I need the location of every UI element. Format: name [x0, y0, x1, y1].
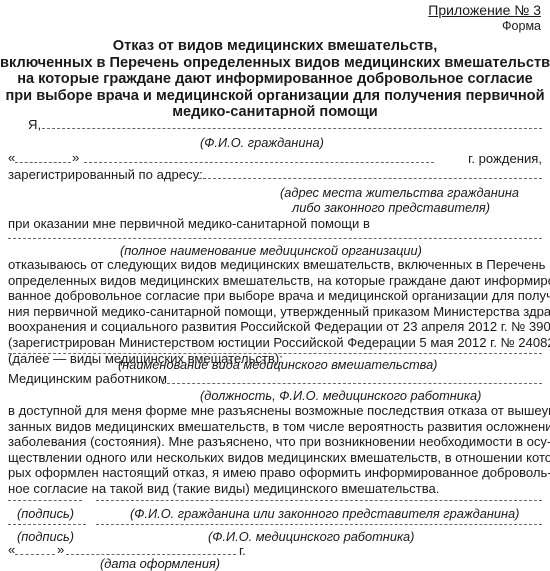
- birth-day-field[interactable]: [15, 162, 71, 163]
- date-month-year-field[interactable]: [66, 554, 236, 555]
- intervention-field[interactable]: [8, 353, 542, 354]
- organization-field[interactable]: [8, 238, 542, 239]
- paragraph-line: занных видов медицинских вмешательств, в…: [8, 419, 550, 435]
- medworker-signature-field[interactable]: [8, 524, 86, 525]
- citizen-sign-name-hint: (Ф.И.О. гражданина или законного предста…: [130, 506, 519, 521]
- citizen-signature-hint: (подпись): [17, 506, 74, 521]
- providing-label: при оказании мне первичной медико-санита…: [8, 216, 370, 231]
- citizen-sign-name-field[interactable]: [96, 500, 542, 501]
- paragraph-line: ния первичной медико-санитарной помощи, …: [8, 304, 550, 320]
- paragraph-line: рых оформлен настоящий отказ, я имею пра…: [8, 465, 550, 481]
- paragraph-line: ное согласие на такой вид (такие виды) м…: [8, 481, 550, 497]
- paragraph-line: в доступной для меня форме мне разъяснен…: [8, 403, 550, 419]
- paragraph-line: заболевания (состояния). Мне разъяснено,…: [8, 434, 550, 450]
- registered-label: зарегистрированный по адресу:: [8, 167, 203, 182]
- explanation-paragraph: в доступной для меня форме мне разъяснен…: [8, 403, 550, 497]
- medworker-signature-hint: (подпись): [17, 529, 74, 544]
- quote-close: »: [72, 150, 79, 165]
- i-prefix: Я,: [28, 117, 41, 132]
- organization-hint: (полное наименование медицинской организ…: [120, 243, 422, 258]
- title-line: включенных в Перечень определенных видов…: [0, 55, 550, 72]
- address-field[interactable]: [198, 178, 542, 179]
- form-label: Форма: [502, 19, 541, 33]
- date-quote-close: »: [57, 542, 64, 557]
- title-line: при выборе врача и медицинской организац…: [0, 88, 550, 105]
- intervention-hint: (наименование вида медицинского вмешател…: [118, 357, 437, 372]
- appendix-number: Приложение № 3: [428, 2, 541, 18]
- medworker-sign-name-field[interactable]: [96, 524, 542, 525]
- date-day-field[interactable]: [15, 554, 55, 555]
- medworker-label: Медицинским работником: [8, 371, 167, 386]
- paragraph-line: воохранения и социального развития Росси…: [8, 319, 550, 335]
- citizen-name-hint: (Ф.И.О. гражданина): [200, 135, 324, 150]
- title-line: на которые граждане дают информированное…: [0, 71, 550, 88]
- birth-suffix: г. рождения,: [468, 151, 542, 166]
- medworker-sign-name-hint: (Ф.И.О. медицинского работника): [208, 529, 414, 544]
- medworker-hint: (должность, Ф.И.О. медицинского работник…: [200, 388, 481, 403]
- paragraph-line: ванное добровольное согласие при выборе …: [8, 288, 550, 304]
- title-line: медико-санитарной помощи: [0, 104, 550, 121]
- paragraph-line: определенных видов медицинских вмешатель…: [8, 273, 550, 289]
- citizen-signature-field[interactable]: [8, 500, 82, 501]
- address-hint-line2: либо законного представителя): [292, 200, 490, 215]
- paragraph-line: отказываюсь от следующих видов медицинск…: [8, 257, 550, 273]
- paragraph-line: ществлении одного или нескольких видов м…: [8, 450, 550, 466]
- birth-date-field[interactable]: [84, 162, 434, 163]
- date-hint: (дата оформления): [100, 556, 220, 571]
- year-suffix: г.: [239, 543, 246, 558]
- title-line: Отказ от видов медицинских вмешательств,: [0, 38, 550, 55]
- address-hint-line1: (адрес места жительства гражданина: [280, 185, 519, 200]
- paragraph-line: (зарегистрирован Министерством юстиции Р…: [8, 335, 550, 351]
- citizen-name-field[interactable]: [42, 128, 542, 129]
- document-title: Отказ от видов медицинских вмешательств,…: [0, 38, 550, 121]
- medworker-field[interactable]: [162, 383, 542, 384]
- refusal-paragraph: отказываюсь от следующих видов медицинск…: [8, 257, 550, 366]
